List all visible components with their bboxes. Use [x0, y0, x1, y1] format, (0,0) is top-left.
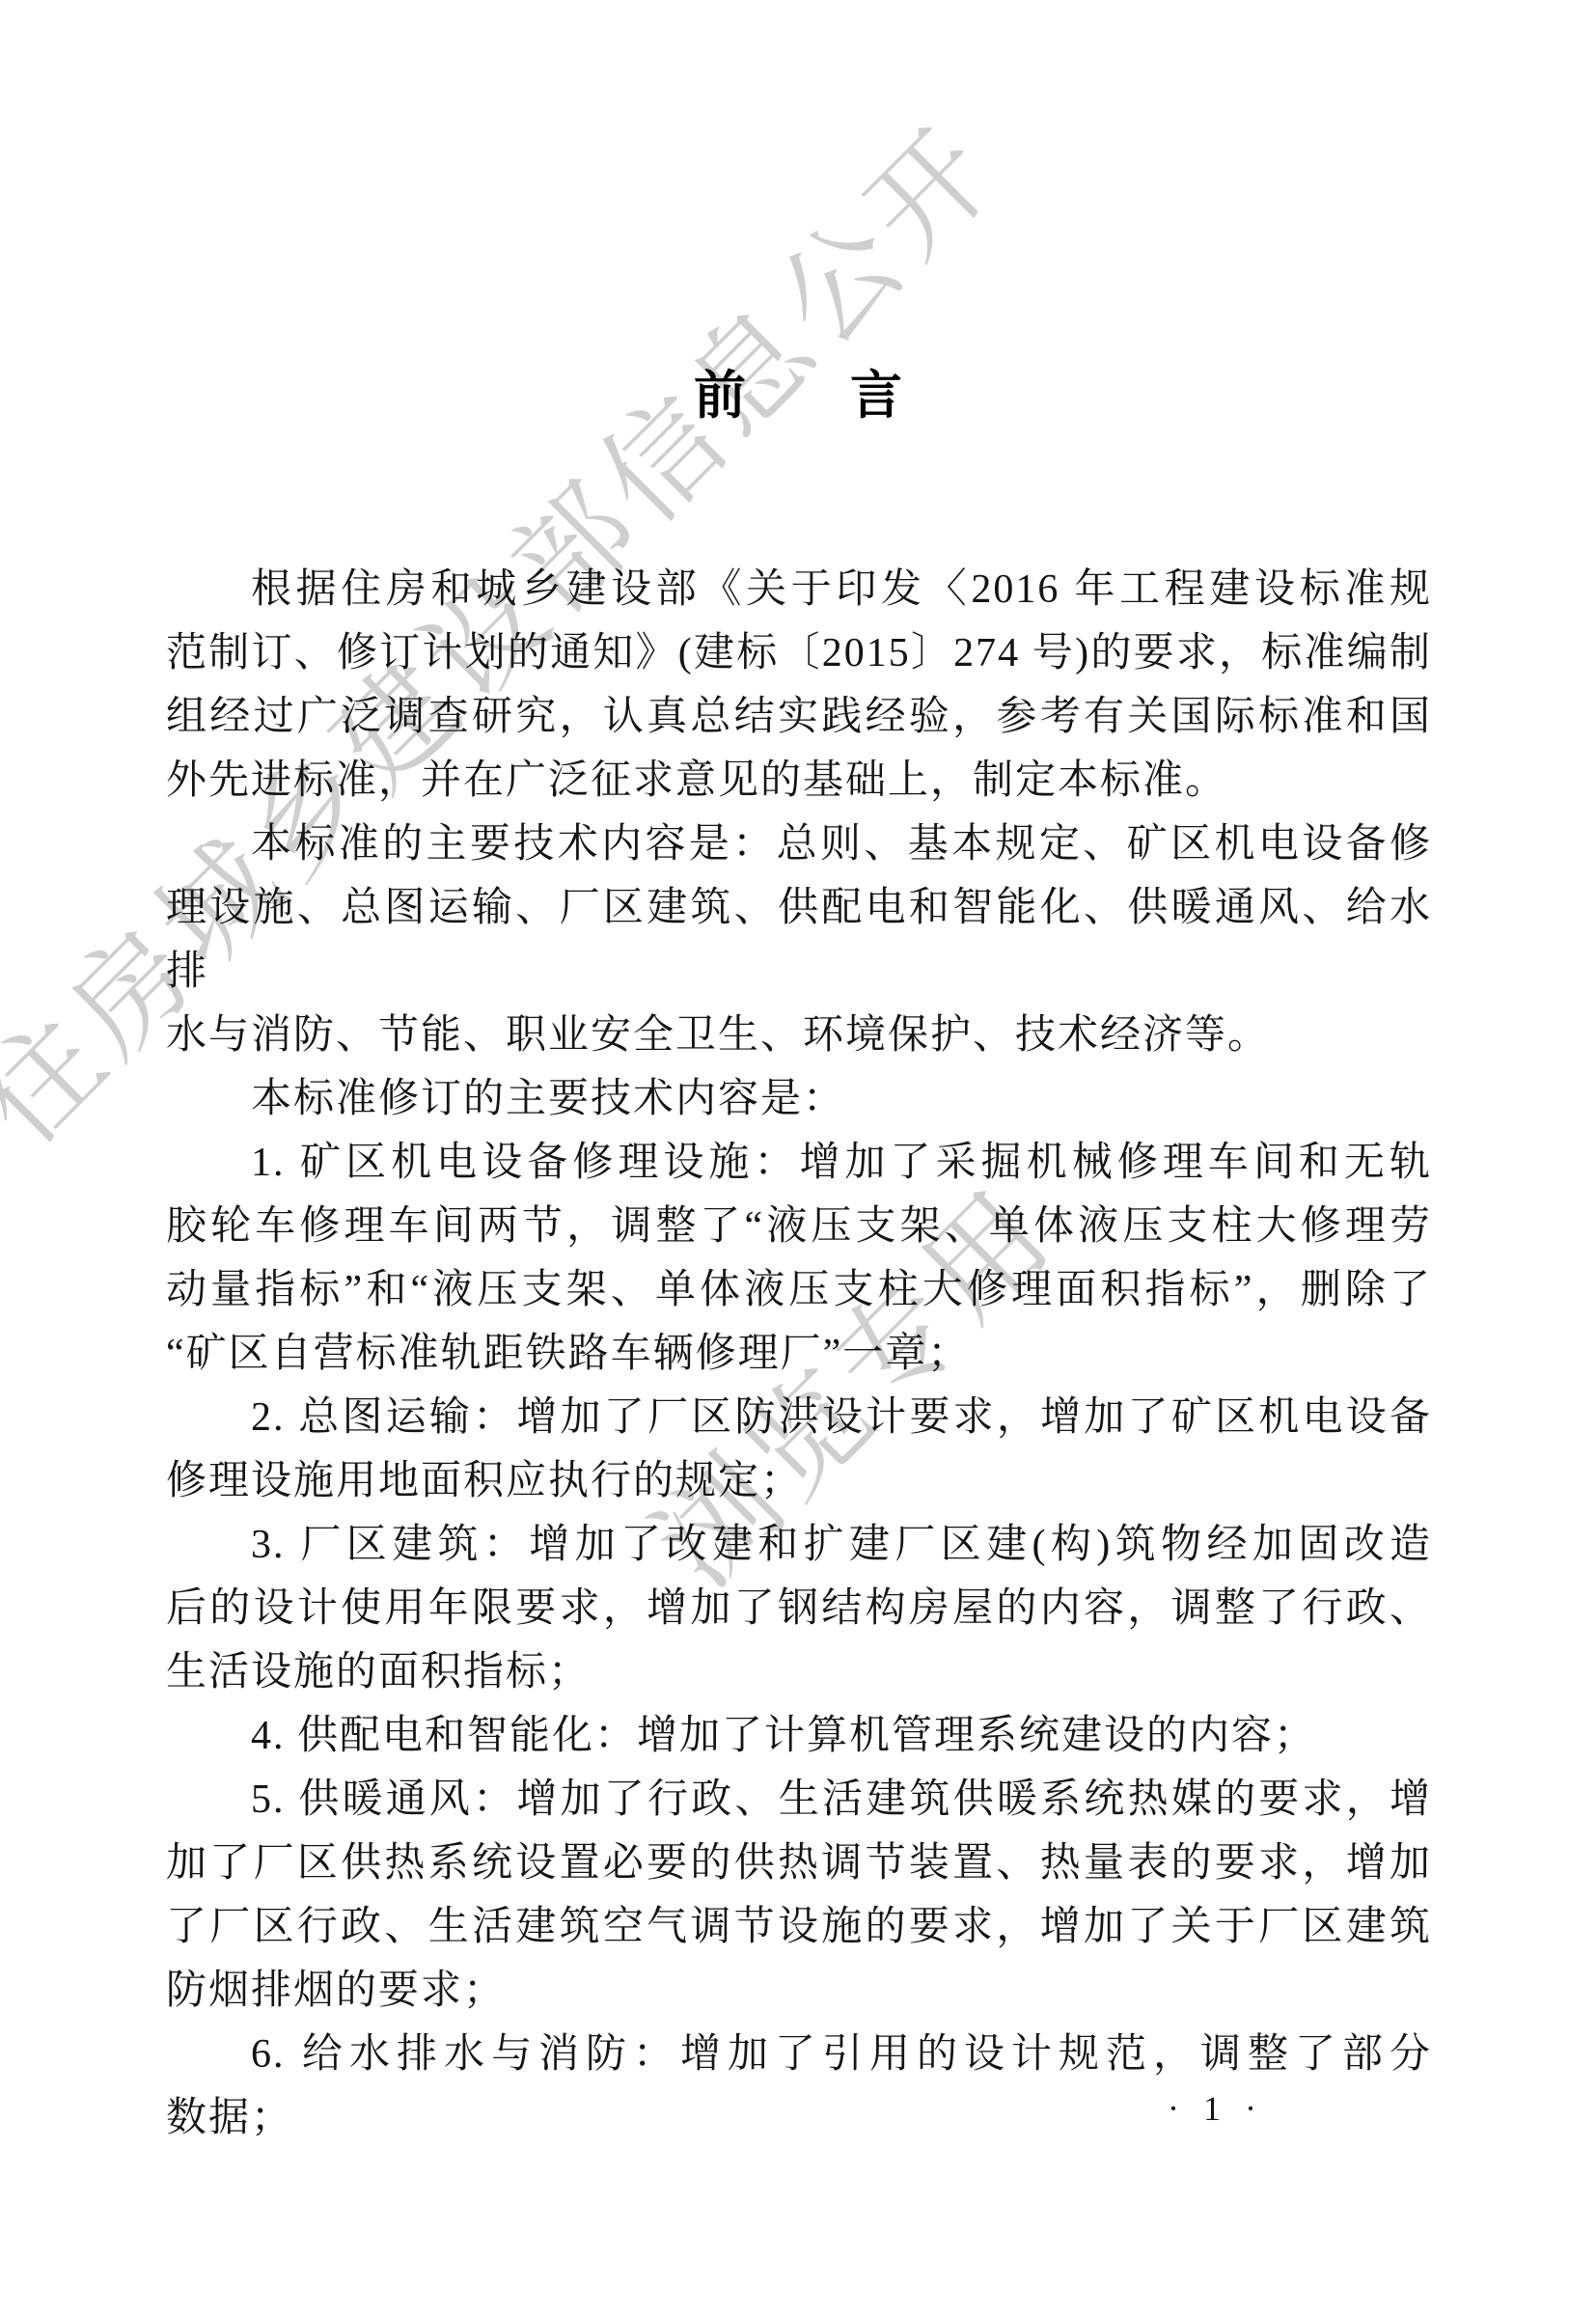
- text-line: 本标准的主要技术内容是：总则、基本规定、矿区机电设备修: [166, 813, 1432, 876]
- text-line: 5. 供暖通风：增加了行政、生活建筑供暖系统热媒的要求，增: [166, 1768, 1432, 1832]
- text-line: 修理设施用地面积应执行的规定；: [166, 1449, 1432, 1513]
- text-line: “矿区自营标准轨距铁路车辆修理厂”一章；: [166, 1322, 1432, 1386]
- text-line: 6. 给水排水与消防：增加了引用的设计规范，调整了部分: [166, 2023, 1432, 2086]
- text-line: 生活设施的面积指标；: [166, 1640, 1432, 1704]
- page-title: 前 言: [0, 365, 1596, 427]
- text-line: 防烟排烟的要求；: [166, 1959, 1432, 2023]
- text-line: 3. 厂区建筑：增加了改建和扩建厂区建(构)筑物经加固改造: [166, 1513, 1432, 1577]
- text-line: 根据住房和城乡建设部《关于印发〈2016 年工程建设标准规: [166, 558, 1432, 621]
- text-line: 2. 总图运输：增加了厂区防洪设计要求，增加了矿区机电设备: [166, 1386, 1432, 1449]
- text-line: 了厂区行政、生活建筑空气调节设施的要求，增加了关于厂区建筑: [166, 1895, 1432, 1959]
- text-line: 加了厂区供热系统设置必要的供热调节装置、热量表的要求，增加: [166, 1832, 1432, 1895]
- text-line: 组经过广泛调查研究，认真总结实践经验，参考有关国际标准和国: [166, 685, 1432, 749]
- text-line: 本标准修订的主要技术内容是：: [166, 1067, 1432, 1131]
- text-line: 水与消防、节能、职业安全卫生、环境保护、技术经济等。: [166, 1004, 1432, 1067]
- document-body: 根据住房和城乡建设部《关于印发〈2016 年工程建设标准规范制订、修订计划的通知…: [166, 558, 1432, 2150]
- text-line: 动量指标”和“液压支架、单体液压支柱大修理面积指标”，删除了: [166, 1258, 1432, 1322]
- document-page: 住房城乡建设部信息公开 浏览专用 前 言 根据住房和城乡建设部《关于印发〈201…: [0, 0, 1596, 2314]
- text-line: 1. 矿区机电设备修理设施：增加了采掘机械修理车间和无轨: [166, 1131, 1432, 1195]
- text-line: 外先进标准，并在广泛征求意见的基础上，制定本标准。: [166, 749, 1432, 813]
- text-line: 后的设计使用年限要求，增加了钢结构房屋的内容，调整了行政、: [166, 1577, 1432, 1640]
- text-line: 胶轮车修理车间两节，调整了“液压支架、单体液压支柱大修理劳: [166, 1195, 1432, 1258]
- text-line: 4. 供配电和智能化：增加了计算机管理系统建设的内容；: [166, 1704, 1432, 1768]
- page-number: · 1 ·: [1110, 2088, 1322, 2129]
- text-line: 理设施、总图运输、厂区建筑、供配电和智能化、供暖通风、给水排: [166, 876, 1432, 1004]
- text-line: 范制订、修订计划的通知》(建标〔2015〕274 号)的要求，标准编制: [166, 621, 1432, 685]
